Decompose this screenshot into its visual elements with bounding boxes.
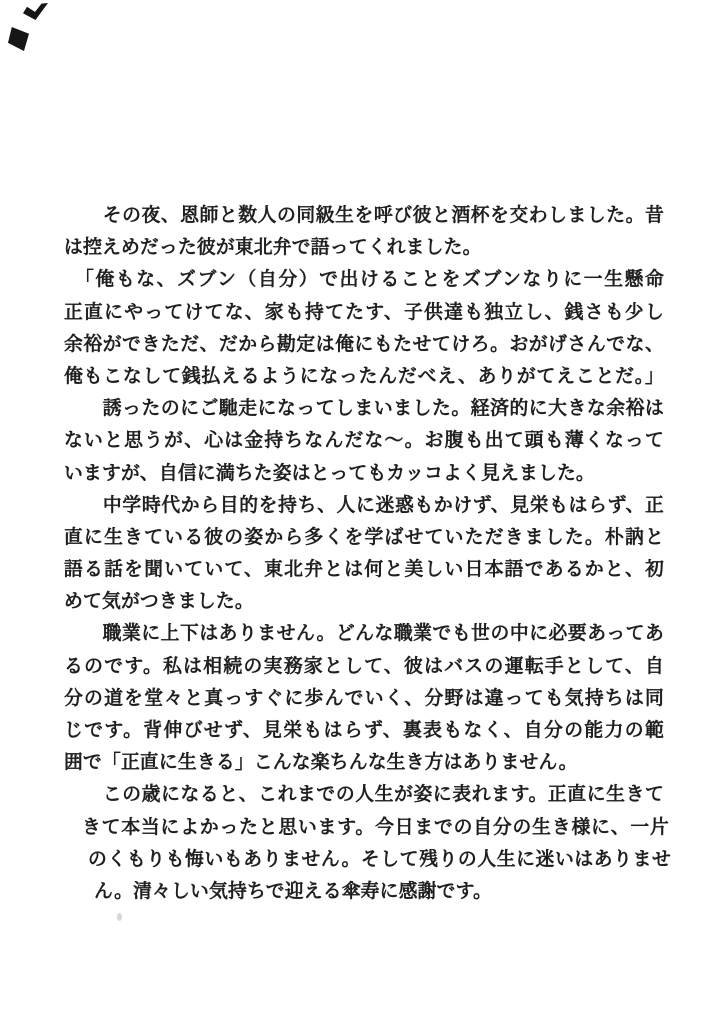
text-line-6: 俺もこなして銭払えるようになったんだべえ、ありがてえことだ。」: [64, 361, 664, 393]
text-line-20: きて本当によかったと思います。今日までの自分の生き様に、一片: [82, 812, 669, 844]
text-line-13: めて気がつきました。: [64, 586, 664, 618]
text-line-3: 「俺もな、ズブン（自分）で出けることをズブンなりに一生懸命: [64, 264, 664, 296]
text-line-22: ん。清々しい気持ちで迎える傘寿に感謝です。: [94, 876, 673, 908]
document-text-block: その夜、恩師と数人の同級生を呼び彼と酒杯を交わしました。昔は控えめだった彼が東北…: [64, 200, 664, 908]
scanned-document-page: その夜、恩師と数人の同級生を呼び彼と酒杯を交わしました。昔は控えめだった彼が東北…: [0, 0, 724, 1024]
text-line-19: この歳になると、これまでの人生が姿に表れます。正直に生きて: [64, 779, 664, 811]
text-line-15: るのです。私は相続の実務家として、彼はバスの運転手として、自: [64, 651, 664, 683]
text-line-17: じです。背伸びせず、見栄もはらず、裏表もなく、自分の能力の範: [64, 715, 664, 747]
scan-corner-mark-icon: [8, 27, 29, 51]
text-line-9: いますが、自信に満ちた姿はとってもカッコよく見えました。: [64, 458, 664, 490]
text-line-5: 余裕ができただ、だから勘定は俺にもたせてけろ。おがげさんでな、: [64, 329, 664, 361]
text-line-21: のくもりも悔いもありません。そして残りの人生に迷いはありませ: [88, 844, 671, 876]
text-line-1: その夜、恩師と数人の同級生を呼び彼と酒杯を交わしました。昔: [64, 200, 664, 232]
scan-corner-mark-icon: [23, 3, 48, 20]
text-line-16: 分の道を堂々と真っすぐに歩んでいく、分野は違っても気持ちは同: [64, 683, 664, 715]
text-line-7: 誘ったのにご馳走になってしまいました。経済的に大きな余裕は: [64, 393, 664, 425]
text-line-2: は控えめだった彼が東北弁で語ってくれました。: [64, 232, 664, 264]
scan-speck: [117, 913, 122, 921]
text-line-10: 中学時代から目的を持ち、人に迷惑もかけず、見栄もはらず、正: [64, 490, 664, 522]
text-line-12: 語る話を聞いていて、東北弁とは何と美しい日本語であるかと、初: [64, 554, 664, 586]
text-line-18: 囲で「正直に生きる」こんな楽ちんな生き方はありません。: [64, 747, 664, 779]
text-line-14: 職業に上下はありません。どんな職業でも世の中に必要あってあ: [64, 618, 664, 650]
text-line-11: 直に生きている彼の姿から多くを学ばせていただきました。朴訥と: [64, 522, 664, 554]
text-line-4: 正直にやってけてな、家も持てたす、子供達も独立し、銭さも少し: [64, 297, 664, 329]
text-line-8: ないと思うが、心は金持ちなんだな～。お腹も出て頭も薄くなって: [64, 425, 664, 457]
